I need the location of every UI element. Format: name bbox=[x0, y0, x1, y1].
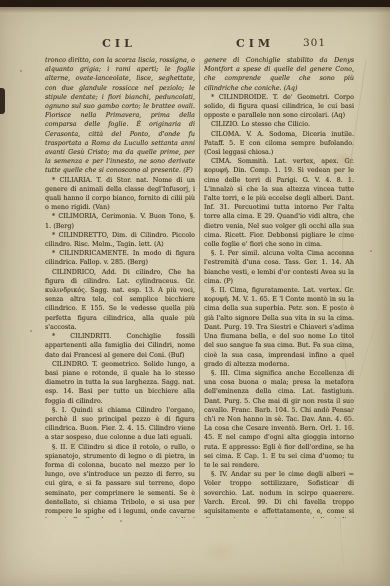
sub-entry-paragraph: §. IV. Andar su per le cime degli alberi… bbox=[204, 470, 354, 518]
continuation-paragraph: tronco diritto, con la scorza liscia, ro… bbox=[45, 56, 195, 176]
sub-entry-paragraph: §. I. Quindi si chiama Cilindro l'organo… bbox=[45, 406, 195, 443]
entry-paragraph: * CILINDRETTO, Dim. di Cilindro. Piccolo… bbox=[45, 231, 195, 249]
sub-entry-paragraph: §. II. Cima, figuratamente. Lat. vertex.… bbox=[204, 286, 354, 369]
sub-entry-paragraph: §. I. Per simil. alcuna volta Cima accen… bbox=[204, 249, 354, 286]
column-right: genere di Conchiglie stabilito da Denys … bbox=[204, 56, 354, 518]
text-block: tronco diritto, con la scorza liscia, ro… bbox=[45, 56, 355, 518]
entry-paragraph: CILINDRICO, Add. Di cilindro, Che ha fig… bbox=[45, 268, 195, 332]
ink-fleck bbox=[370, 250, 372, 252]
entry-paragraph: * CILINDRITI. Conchiglie fossili apparte… bbox=[45, 332, 195, 360]
ink-fleck bbox=[120, 520, 122, 522]
column-divider-rule bbox=[199, 58, 200, 514]
entry-paragraph: * CILIMORIA, Cerimonia. V. Buon Tono, §.… bbox=[45, 212, 195, 230]
ink-fleck bbox=[30, 330, 32, 332]
running-head: CIL CIM 301 bbox=[0, 37, 390, 51]
scan-dark-edge bbox=[0, 0, 390, 7]
column-left: tronco diritto, con la scorza liscia, ro… bbox=[45, 56, 195, 518]
entry-paragraph: CILIZIO. Lo stesso che Cilicio. bbox=[204, 120, 354, 129]
sub-entry-paragraph: §. II. E Cilindro si dice il rotolo, o r… bbox=[45, 443, 195, 518]
entry-paragraph: * CILIARIA. T. di Stor. nat. Nome di un … bbox=[45, 176, 195, 213]
page-number: 301 bbox=[296, 37, 326, 49]
scan-left-notch bbox=[0, 88, 5, 114]
entry-paragraph: * CILINDRICAMENTE. In modo di figura cil… bbox=[45, 249, 195, 267]
ink-fleck bbox=[20, 70, 22, 72]
entry-paragraph: * CILINDROIDE. T. de' Geometri. Corpo so… bbox=[204, 93, 354, 121]
continuation-paragraph: genere di Conchiglie stabilito da Denys … bbox=[204, 56, 354, 93]
entry-paragraph: CILINDRO. T. geometrico. Solido lungo, a… bbox=[45, 360, 195, 406]
scan-edge-shadow bbox=[0, 7, 390, 13]
scanned-page: CIL CIM 301 tronco diritto, con la scorz… bbox=[0, 0, 390, 586]
section-title-left: CIL bbox=[94, 37, 144, 50]
entry-paragraph: CILOMA. V. A. Sodoma, Diceria inutile. P… bbox=[204, 130, 354, 158]
foxing-spot bbox=[200, 540, 240, 564]
entry-paragraph: CIMA. Sommità. Lat. vertex, apex. Gr. κο… bbox=[204, 157, 354, 249]
section-title-right: CIM bbox=[230, 37, 280, 50]
sub-entry-paragraph: §. III. Cima significa anche Eccellenza … bbox=[204, 369, 354, 470]
